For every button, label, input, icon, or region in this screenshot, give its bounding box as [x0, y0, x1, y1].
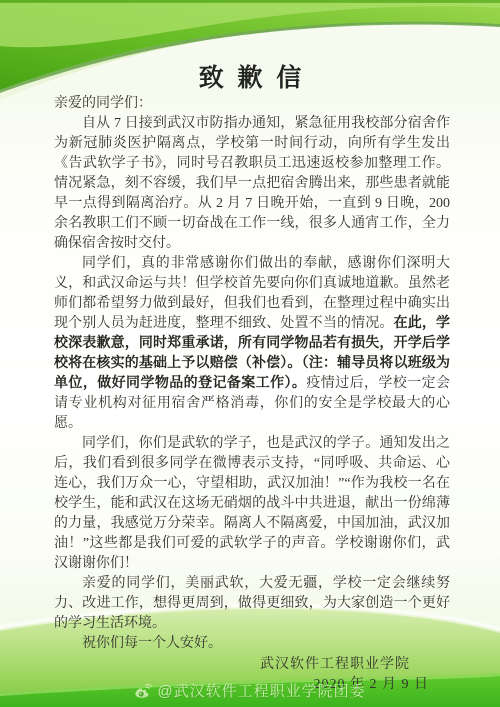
- letter-paragraph: 同学们，你们是武软的学子，也是武汉的学子。通知发出之后，我们看到很多同学在微博表…: [54, 434, 450, 574]
- letter-paragraph: 自从 7 日接到武汉市防指办通知，紧急征用我校部分宿舍作为新冠肺炎医护隔离点，学…: [54, 114, 450, 254]
- apology-letter-page: { "letter": { "title": "致歉信", "salutatio…: [0, 0, 500, 707]
- letter-title: 致歉信: [0, 58, 500, 94]
- letter-closing: 祝你们每一个人安好。: [54, 634, 450, 654]
- footer-watermark: @武汉软件工程职业学院团委: [0, 680, 500, 701]
- letter-body: 亲爱的同学们： 自从 7 日接到武汉市防指办通知，紧急征用我校部分宿舍作为新冠肺…: [54, 94, 450, 695]
- letter-paragraph: 同学们，真的非常感谢你们做出的奉献，感谢你们深明大义，和武汉命运与共！但学校首先…: [54, 254, 450, 434]
- paragraph-segment: 同学们，你们是武软的学子，也是武汉的学子。通知发出之后，我们看到很多同学在微博表…: [54, 436, 450, 571]
- paragraph-segment: 自从 7 日接到武汉市防指办通知，紧急征用我校部分宿舍作为新冠肺炎医护隔离点，学…: [54, 116, 450, 251]
- paragraph-segment: 同学们，真的非常感谢你们做出的奉献，感谢你们深明大义，和武汉命运与共！但学校首先…: [54, 256, 450, 331]
- watermark-text: @武汉软件工程职业学院团委: [157, 680, 365, 701]
- letter-paragraphs: 自从 7 日接到武汉市防指办通知，紧急征用我校部分宿舍作为新冠肺炎医护隔离点，学…: [54, 114, 450, 634]
- letter-salutation: 亲爱的同学们：: [54, 94, 450, 114]
- weibo-icon: [134, 683, 152, 699]
- letter-paragraph: 亲爱的同学们，美丽武软，大爱无疆，学校一定会继续努力、改进工作，想得更周到，做得…: [54, 574, 450, 634]
- paragraph-segment: 亲爱的同学们，美丽武软，大爱无疆，学校一定会继续努力、改进工作，想得更周到，做得…: [54, 576, 450, 631]
- letter-signature: 武汉软件工程职业学院: [54, 655, 450, 675]
